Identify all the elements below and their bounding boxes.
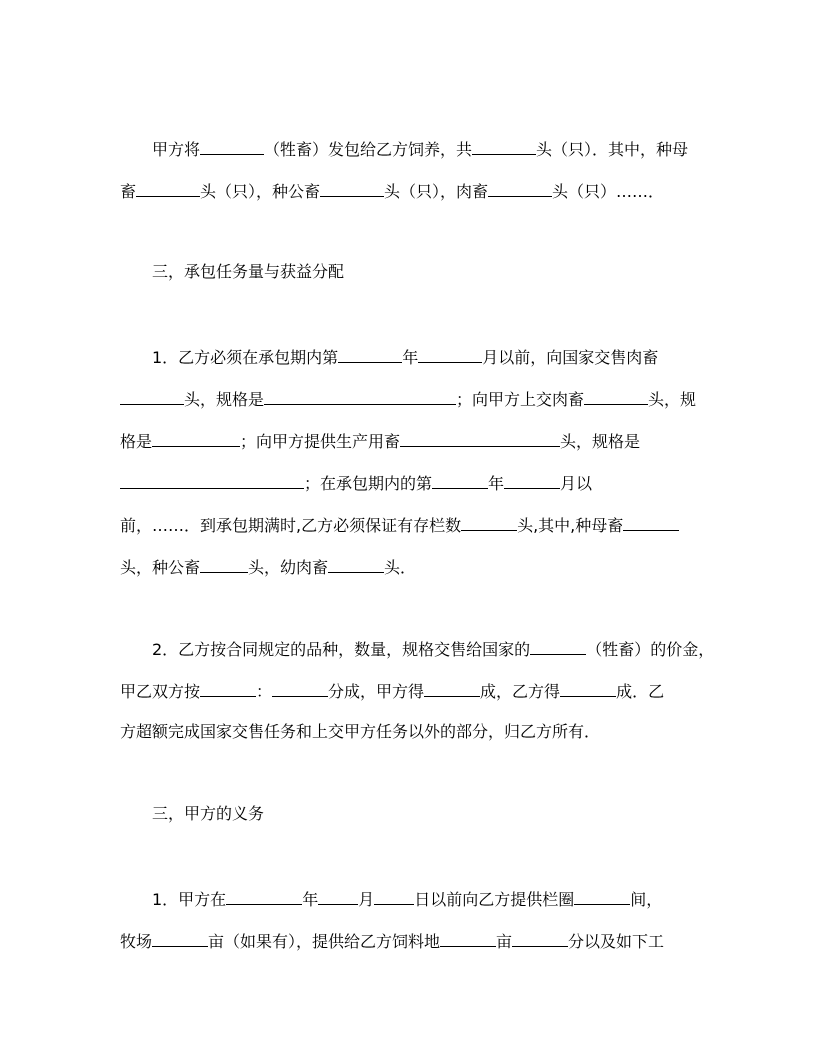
text: 分成，甲方得 [328, 682, 424, 701]
blank-field [560, 680, 616, 697]
text: ： [256, 682, 272, 701]
blank-field [338, 346, 402, 363]
blank-field [461, 514, 517, 531]
text: 头． [384, 558, 416, 577]
blank-field [530, 638, 586, 655]
blank-field [272, 680, 328, 697]
blank-field [623, 514, 679, 531]
text: 前，……．到承包期满时,乙方必须保证有存栏数 [120, 516, 461, 535]
paragraph-2-line-3: 格是；向甲方提供生产用畜头，规格是 [120, 430, 640, 452]
text: 头（只），肉畜 [384, 182, 488, 201]
text: 间， [630, 890, 662, 909]
text: 亩 [496, 932, 512, 951]
blank-field [418, 346, 482, 363]
paragraph-3-line-3: 方超额完成国家交售任务和上交甲方任务以外的部分，归乙方所有． [120, 722, 600, 742]
section-heading-party-a-obligations: 三，甲方的义务 [152, 804, 264, 824]
text: ；在承包期内的第 [304, 474, 432, 493]
text: 分以及如下工 [568, 932, 664, 951]
text: 头（只），种公畜 [200, 182, 320, 201]
blank-field [318, 888, 358, 905]
paragraph-4-line-2: 牧场亩（如果有），提供给乙方饲料地亩分以及如下工 [120, 930, 664, 952]
text: 年 [402, 348, 418, 367]
blank-field [152, 430, 240, 447]
text: 头,其中,种母畜 [517, 516, 623, 535]
paragraph-3-line-2: 甲乙双方按：分成，甲方得成，乙方得成．乙 [120, 680, 664, 702]
text: 2．乙方按合同规定的品种，数量，规格交售给国家的 [152, 640, 530, 659]
text: 日以前向乙方提供栏圈 [414, 890, 574, 909]
text: 1．甲方在 [152, 890, 226, 909]
text: 头（只）．其中，种母 [536, 140, 688, 159]
text: 头，规 [648, 390, 696, 409]
text: 牧场 [120, 932, 152, 951]
blank-field [200, 138, 264, 155]
blank-field [152, 930, 208, 947]
blank-field [584, 388, 648, 405]
blank-field [440, 930, 496, 947]
text: 年 [488, 474, 504, 493]
blank-field [136, 180, 200, 197]
text: 头（只）……． [552, 182, 664, 201]
blank-field [226, 888, 302, 905]
paragraph-2-line-6: 头，种公畜头，幼肉畜头． [120, 556, 416, 578]
text: 头，规格是 [560, 432, 640, 451]
text: 头，规格是 [184, 390, 264, 409]
text: 成，乙方得 [480, 682, 560, 701]
text: 格是 [120, 432, 152, 451]
blank-field [120, 388, 184, 405]
paragraph-2-line-1: 1．乙方必须在承包期内第年月以前，向国家交售肉畜 [152, 346, 658, 368]
blank-field [472, 138, 536, 155]
paragraph-2-line-4: ；在承包期内的第年月以 [120, 472, 592, 494]
paragraph-2-line-5: 前，……．到承包期满时,乙方必须保证有存栏数头,其中,种母畜 [120, 514, 679, 536]
blank-field [328, 556, 384, 573]
text: 畜 [120, 182, 136, 201]
blank-field [424, 680, 480, 697]
blank-field [264, 388, 456, 405]
text: 1．乙方必须在承包期内第 [152, 348, 338, 367]
text: 月以 [560, 474, 592, 493]
text: 年 [302, 890, 318, 909]
text: （牲畜）的价金， [586, 640, 714, 659]
blank-field [200, 680, 256, 697]
paragraph-1-line-1: 甲方将（牲畜）发包给乙方饲养，共头（只）．其中，种母 [152, 138, 688, 160]
blank-field [200, 556, 248, 573]
text: 甲乙双方按 [120, 682, 200, 701]
blank-field [512, 930, 568, 947]
text: 月 [358, 890, 374, 909]
blank-field [400, 430, 560, 447]
text: 月以前，向国家交售肉畜 [482, 348, 658, 367]
blank-field [320, 180, 384, 197]
blank-field [574, 888, 630, 905]
text: 甲方将 [152, 140, 200, 159]
blank-field [120, 472, 304, 489]
blank-field [432, 472, 488, 489]
blank-field [504, 472, 560, 489]
text: （牲畜）发包给乙方饲养，共 [264, 140, 472, 159]
section-heading-task-allocation: 三，承包任务量与获益分配 [152, 262, 344, 282]
text: 成．乙 [616, 682, 664, 701]
text: 亩（如果有），提供给乙方饲料地 [208, 932, 440, 951]
blank-field [374, 888, 414, 905]
text: ；向甲方上交肉畜 [456, 390, 584, 409]
text: ；向甲方提供生产用畜 [240, 432, 400, 451]
paragraph-1-line-2: 畜头（只），种公畜头（只），肉畜头（只）……． [120, 180, 664, 202]
paragraph-2-line-2: 头，规格是；向甲方上交肉畜头，规 [120, 388, 696, 410]
paragraph-3-line-1: 2．乙方按合同规定的品种，数量，规格交售给国家的（牲畜）的价金， [152, 638, 714, 660]
text: 头，幼肉畜 [248, 558, 328, 577]
blank-field [488, 180, 552, 197]
text: 头，种公畜 [120, 558, 200, 577]
paragraph-4-line-1: 1．甲方在年月日以前向乙方提供栏圈间， [152, 888, 662, 910]
